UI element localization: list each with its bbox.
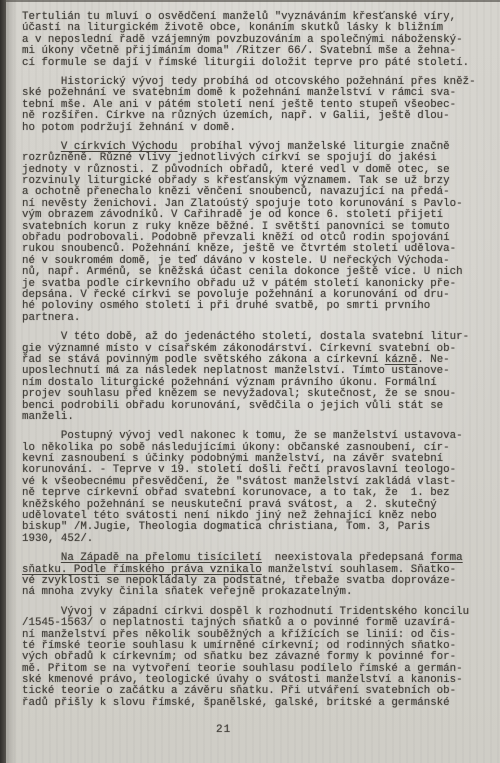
text-line: ně rozšířen. Církve na různých územích, …: [22, 111, 484, 122]
underlined-text: forma: [430, 552, 462, 564]
text-segment: manželství souhlasem. Sňatko-: [262, 564, 456, 576]
text-line: ně teprve církevní obřad svatební koruno…: [22, 488, 484, 499]
text-line: V této době, až do jedenáctého století, …: [22, 332, 484, 343]
text-line: 1930, 452/.: [22, 534, 484, 545]
text-segment: neexistovala předepsaná: [262, 552, 430, 564]
text-line: Postupný vývoj vedl nakonec k tomu, že s…: [22, 431, 484, 442]
text-line: nů, např. Arménů, se kněžská účast cenil…: [22, 267, 484, 278]
text-line: uposlechnutí má za následek neplatnost m…: [22, 366, 484, 377]
text-line: vým obrazem závodníků. V Cařihradě je od…: [22, 210, 484, 221]
paragraph: Na Západě na přelomu tisíciletí neexisto…: [22, 553, 484, 599]
text-line: ná mnoha zvyky činila sňatek veřejně pro…: [22, 587, 484, 598]
text-line: řadů přišly k slovu římské, španělské, g…: [22, 698, 484, 709]
text-line: projev souhlasu před knězem se nevyžadov…: [22, 389, 484, 400]
paragraph: V církvích Východu probíhal vývoj manžel…: [22, 142, 484, 324]
paragraph: V této době, až do jedenáctého století, …: [22, 332, 484, 423]
text-line: /1545-1563/ o neplatnosti tajných sňatků…: [22, 618, 484, 629]
page-number: 21: [216, 724, 231, 736]
underlined-text: Na Západě na přelomu tisíciletí: [61, 552, 262, 564]
text-line: mi úkony včetně přijímáním doma" /Ritzer…: [22, 46, 484, 57]
scanned-page: Tertulián tu mluví o osvědčení manželů "…: [0, 0, 500, 763]
text-segment: [22, 552, 61, 564]
text-line: manželi.: [22, 412, 484, 423]
text-line: hé poloviny osmého století i při druhé s…: [22, 301, 484, 312]
text-line: benci podrobili obřadu korunování, svědč…: [22, 401, 484, 412]
text-line: ho potom podržují žehnání v domě.: [22, 123, 484, 134]
text-line: cí formule se dají v římské liturgii dol…: [22, 58, 484, 69]
scan-edge-shadow: [6, 0, 17, 763]
paragraph: Tertulián tu mluví o osvědčení manželů "…: [22, 12, 484, 69]
paragraph: Postupný vývoj vedl nakonec k tomu, že s…: [22, 431, 484, 545]
text-line: rozrůzněně. Různé vlivy jednotlivých cír…: [22, 153, 484, 164]
scan-edge-top: [0, 0, 500, 2]
text-line: vých obřadů k církevním; od sňatku bez z…: [22, 652, 484, 663]
paragraph: Historický vývoj tedy probíhá od otcovsk…: [22, 77, 484, 134]
text-line: partnera.: [22, 313, 484, 324]
text-block: Tertulián tu mluví o osvědčení manželů "…: [22, 12, 484, 717]
underlined-text: sňatku. Podle římského práva vznikalo: [22, 564, 262, 576]
paragraph: Vývoj v západní církvi dospěl k rozhodnu…: [22, 607, 484, 710]
